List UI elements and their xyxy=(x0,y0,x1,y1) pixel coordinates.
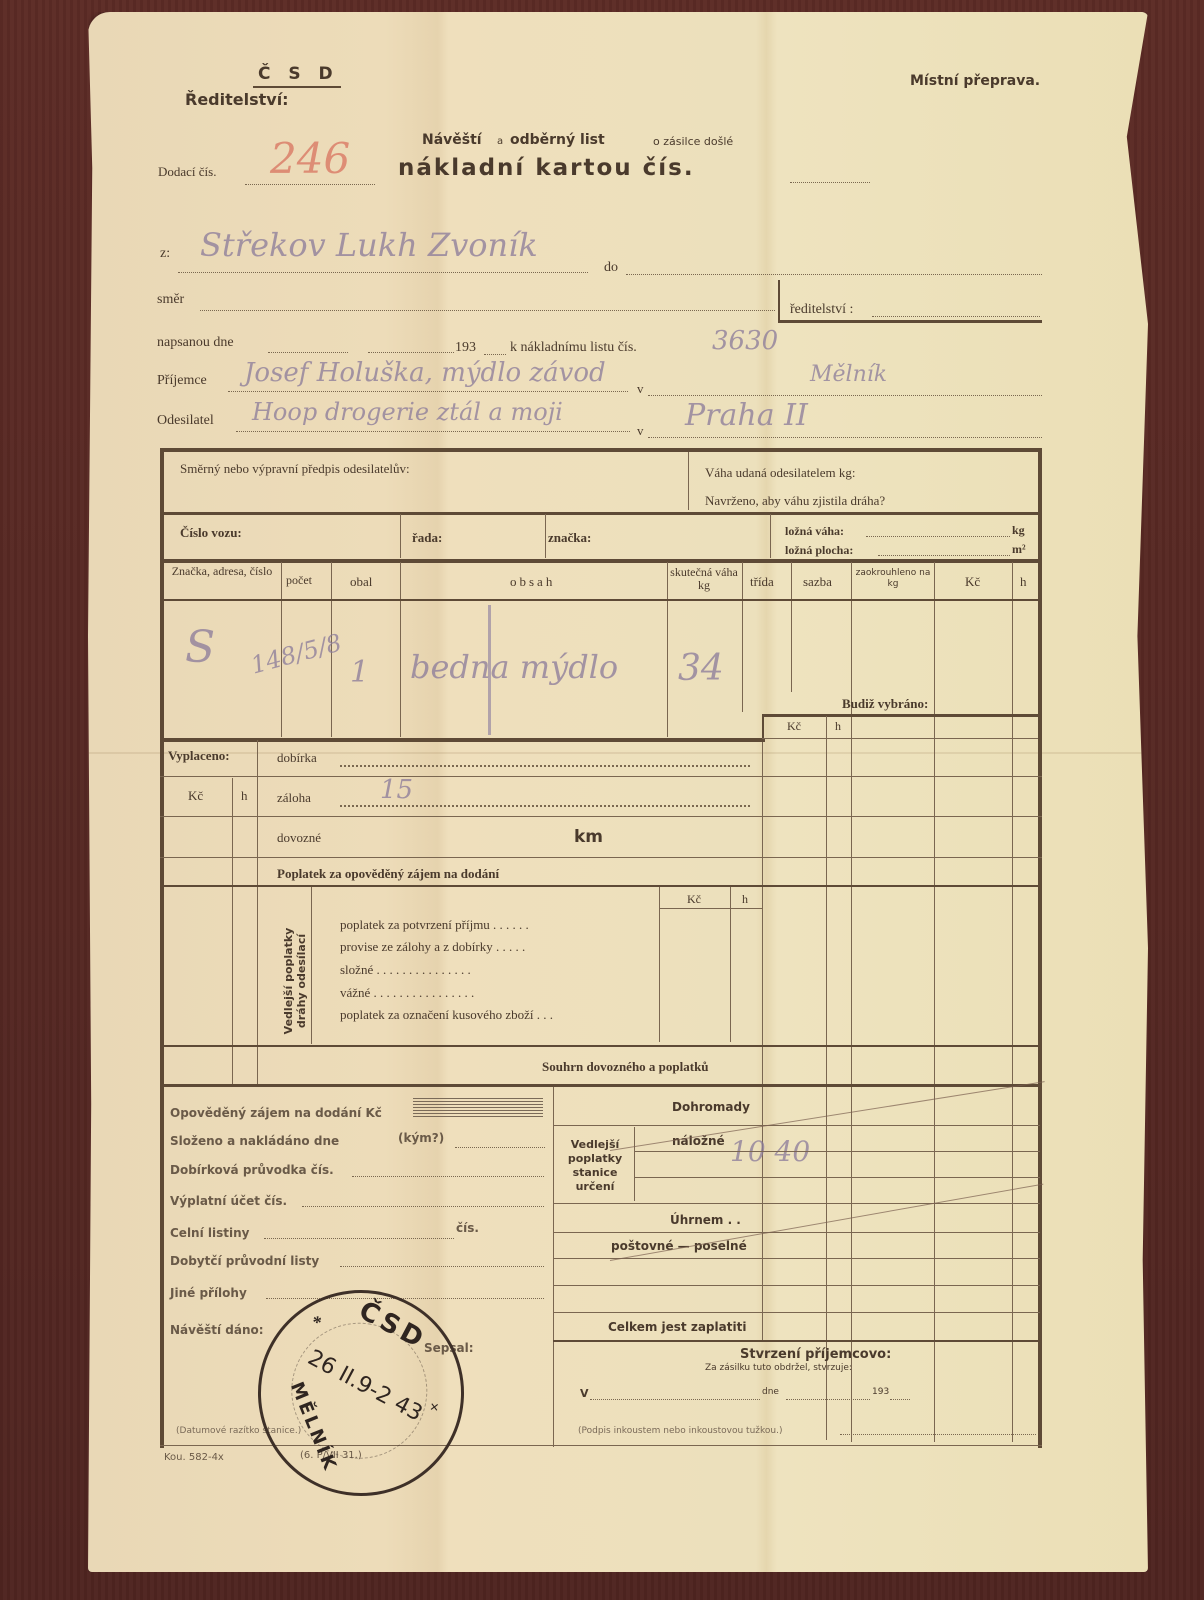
row-line xyxy=(160,1084,1042,1087)
prijemce-v-line xyxy=(648,395,1042,396)
zaloha-hand-value[interactable]: 15 xyxy=(380,775,413,805)
charge-item-4: vážné . . . . . . . . . . . . . . . . xyxy=(340,985,474,1001)
box-right-border xyxy=(1038,448,1042,1448)
vedlejsi-vertical-label: Vedlejší poplatky dráhy odesílací xyxy=(282,916,308,1046)
stvrzeni-year: 193 xyxy=(872,1387,889,1397)
dobirkova-line xyxy=(352,1176,544,1177)
vedlejsi-label: Vedlejší poplatky stanice určení xyxy=(560,1138,630,1194)
box-top-border xyxy=(160,448,1042,452)
box-left-border xyxy=(160,448,164,1448)
navesti-label: Návěští dáno: xyxy=(170,1323,264,1337)
predpis-divider xyxy=(688,452,689,510)
celni-label: Celní listiny xyxy=(170,1226,249,1240)
dohromady-label: Dohromady xyxy=(672,1100,750,1114)
odesilatel-label: Odesilatel xyxy=(157,413,214,429)
celni-line xyxy=(264,1238,454,1239)
reditelstvi-line xyxy=(872,316,1040,317)
podpis-line xyxy=(840,1434,1036,1435)
vyplaceno-h: h xyxy=(241,788,248,804)
header-vaha: skutečná váha kg xyxy=(668,566,740,592)
subtitle-navesti: Návěští xyxy=(422,132,482,148)
budiz-box-top xyxy=(762,714,1038,717)
row-line xyxy=(553,1285,1040,1286)
row-line xyxy=(553,1125,1040,1126)
reditelstvi-box-bottom xyxy=(778,320,1042,323)
navrzeno-label: Navrženo, aby váhu zjistila dráha? xyxy=(705,493,885,509)
stvrzeni-v-line xyxy=(590,1399,760,1400)
lozna-plocha-unit: m² xyxy=(1012,542,1026,557)
col-divider xyxy=(257,740,258,1085)
header-pocet: počet xyxy=(286,573,312,588)
poplatek-zajem-label: Poplatek za opověděný zájem na dodání xyxy=(277,866,499,882)
z-line xyxy=(178,272,588,273)
slozeno-line xyxy=(455,1147,545,1148)
budiz-h: h xyxy=(835,719,841,734)
do-line xyxy=(626,274,1042,275)
celni-cis-label: čís. xyxy=(456,1221,479,1235)
goods-znacka-value[interactable]: S xyxy=(185,622,215,673)
col-divider xyxy=(742,562,743,712)
stvrzeni-year-line xyxy=(890,1399,910,1400)
stvrzeni-label: Stvrzení příjemcovo: xyxy=(740,1347,891,1362)
year-prefix: 193 xyxy=(455,340,476,356)
row-line xyxy=(553,1340,1040,1342)
znacka-label: značka: xyxy=(548,530,591,546)
col-divider xyxy=(934,562,935,1442)
lozna-vaha-line xyxy=(866,536,1010,537)
row-line xyxy=(553,1312,1040,1313)
header-trida: třída xyxy=(750,574,774,590)
postovne-label: poštovné — poselné xyxy=(611,1239,747,1253)
row-line xyxy=(553,1232,1040,1233)
header-zaokrouhleno: zaokrouhleno na kg xyxy=(853,568,933,590)
row-line xyxy=(160,857,1042,858)
header-obsah: obsah xyxy=(510,574,555,590)
row-line xyxy=(160,1045,1042,1047)
vyplaceno-label: Vyplaceno: xyxy=(168,748,230,764)
row-line xyxy=(762,738,1038,739)
railway-name: Č S D xyxy=(258,64,339,84)
header-kc: Kč xyxy=(965,574,980,590)
blue-pencil-mark xyxy=(488,605,491,735)
bottom-split xyxy=(553,1087,554,1447)
napsanou-day-line xyxy=(268,352,348,353)
souhrn-label: Souhrn dovozného a poplatků xyxy=(542,1059,709,1075)
goods-obal-value[interactable]: 1 xyxy=(350,655,369,690)
k-listu-value[interactable]: 3630 xyxy=(712,326,778,356)
col-divider xyxy=(1012,562,1013,1442)
subtitle-odberny: odběrný list xyxy=(510,132,605,148)
row-divider-1 xyxy=(160,512,1042,515)
goods-vaha-value[interactable]: 34 xyxy=(678,648,724,689)
prijemce-value[interactable]: Josef Holuška, mýdlo závod xyxy=(244,358,606,388)
kym-label: (kým?) xyxy=(398,1131,444,1145)
dovozne-label: dovozné xyxy=(277,830,321,846)
side-h-label: h xyxy=(742,892,748,907)
do-label: do xyxy=(604,260,618,276)
header-znacka: Značka, adresa, číslo xyxy=(166,564,278,578)
odesilatel-value[interactable]: Hoop drogerie ztál a moji xyxy=(252,398,563,426)
charge-item-5: poplatek za označení kusového zboží . . … xyxy=(340,1007,553,1023)
budiz-vybrano-label: Budiž vybráno: xyxy=(842,696,928,712)
odesilatel-v-line xyxy=(648,437,1042,438)
odesilatel-v-label: v xyxy=(637,423,644,439)
goods-obsah-value[interactable]: bedna mýdlo xyxy=(410,648,618,686)
local-transport-label: Místní přeprava. xyxy=(910,73,1040,89)
header-h: h xyxy=(1020,574,1027,590)
uhrnem-label: Úhrnem . . xyxy=(670,1213,741,1227)
charge-item-2: provise ze zálohy a z dobírky . . . . . xyxy=(340,939,525,955)
vaha-label: Váha udaná odesilatelem kg: xyxy=(705,465,856,481)
stvrzeni-sub: Za zásilku tuto obdržel, stvrzuje: xyxy=(705,1363,852,1373)
row-divider-2 xyxy=(160,559,1042,563)
col-divider xyxy=(232,778,233,1085)
reditelstvi-box-left xyxy=(778,280,780,322)
col-divider xyxy=(400,562,401,737)
form-code: Kou. 582-4x xyxy=(164,1452,224,1463)
fold-line xyxy=(88,752,1148,754)
delivery-no-label: Dodací čís. xyxy=(158,164,216,180)
charge-item-1: poplatek za potvrzení příjmu . . . . . . xyxy=(340,917,529,933)
reditelstvi-label: ředitelství : xyxy=(790,302,853,318)
row-line xyxy=(160,816,1042,817)
k-listu-label: k nákladnímu listu čís. xyxy=(510,340,637,356)
lozna-vaha-label: ložná váha: xyxy=(785,524,844,539)
stamp-cross: × xyxy=(428,1399,440,1418)
rada-divider xyxy=(545,514,546,558)
z-label: z: xyxy=(160,246,170,262)
row-line xyxy=(160,885,1042,887)
header-bottom-line xyxy=(160,599,1042,601)
cislo-divider xyxy=(400,514,401,558)
row-line xyxy=(553,1203,1040,1204)
celkem-label: Celkem jest zaplatiti xyxy=(608,1320,746,1334)
stamp-star: * xyxy=(311,1312,323,1334)
subtitle-zasilce: o zásilce došlé xyxy=(653,135,733,148)
side-kc-label: Kč xyxy=(687,892,701,907)
stvrzeni-dne-label: dne xyxy=(762,1387,779,1397)
smer-line xyxy=(200,310,775,311)
col-divider xyxy=(730,887,731,1042)
col-divider xyxy=(791,562,792,692)
prijemce-v-label: v xyxy=(637,381,644,397)
predpis-label: Směrný nebo výpravní předpis odesilatelů… xyxy=(180,461,410,477)
smer-label: směr xyxy=(157,292,184,308)
delivery-no-value[interactable]: 246 xyxy=(270,134,350,183)
col-divider xyxy=(634,1127,635,1201)
prijemce-v-value[interactable]: Mělník xyxy=(810,362,887,387)
col-divider xyxy=(826,716,827,1440)
budiz-box-left xyxy=(762,714,764,740)
row-line xyxy=(634,1151,1040,1152)
podpis-label: (Podpis inkoustem nebo inkoustovou tužko… xyxy=(578,1426,782,1436)
odesilatel-v-value[interactable]: Praha II xyxy=(685,398,808,433)
slozeno-label: Složeno a nakládáno dne xyxy=(170,1134,339,1148)
col-divider xyxy=(311,887,312,1044)
directorate-label: Ředitelství: xyxy=(185,90,289,109)
railway-underline xyxy=(253,86,341,88)
dobytci-label: Dobytčí průvodní listy xyxy=(170,1254,319,1268)
znacka-divider xyxy=(770,514,771,558)
lozna-vaha-unit: kg xyxy=(1012,523,1025,538)
z-value[interactable]: Střekov Lukh Zvoník xyxy=(200,226,538,264)
dobirka-line xyxy=(340,765,750,767)
dobirkova-label: Dobírková průvodka čís. xyxy=(170,1163,334,1177)
row-line xyxy=(160,776,1042,777)
napsanou-month-line xyxy=(368,352,454,353)
row-line xyxy=(659,908,762,909)
header-obal: obal xyxy=(350,574,372,590)
km-label: km xyxy=(574,827,603,847)
stvrzeni-dne-line xyxy=(786,1399,870,1400)
vyplaceno-kc: Kč xyxy=(188,788,203,804)
col-divider xyxy=(762,740,763,1085)
opovedeny-hatch xyxy=(413,1098,543,1118)
subtitle-and: a xyxy=(497,136,503,147)
year-line xyxy=(484,354,506,355)
stvrzeni-v-label: V xyxy=(580,1387,589,1400)
cislo-vozu-label: Číslo vozu: xyxy=(180,525,242,541)
zaloha-line xyxy=(340,805,750,807)
opovedeny-label: Opověděný zájem na dodání Kč xyxy=(170,1106,382,1120)
form-title: nákladní kartou čís. xyxy=(398,155,695,181)
rada-label: řada: xyxy=(412,530,442,546)
dobytci-line xyxy=(340,1266,544,1267)
prijemce-line xyxy=(228,391,628,392)
row-line xyxy=(634,1177,1040,1178)
zaloha-label: záloha xyxy=(277,790,311,806)
budiz-kc: Kč xyxy=(787,719,801,734)
charge-item-3: složné . . . . . . . . . . . . . . . xyxy=(340,962,471,978)
delivery-no-line xyxy=(245,184,375,185)
col-divider xyxy=(851,562,852,1442)
col-divider xyxy=(659,887,660,1042)
dobirka-label: dobírka xyxy=(277,750,317,766)
vyplatni-label: Výplatní účet čís. xyxy=(170,1194,287,1208)
jine-label: Jiné přílohy xyxy=(170,1286,247,1300)
prijemce-label: Příjemce xyxy=(157,373,207,389)
napsanou-label: napsanou dne xyxy=(157,335,234,351)
vyplatni-line xyxy=(302,1206,544,1207)
header-sazba: sazba xyxy=(803,574,832,590)
lozna-plocha-label: ložná plocha: xyxy=(785,543,853,558)
odesilatel-line xyxy=(236,431,630,432)
title-number-line xyxy=(790,182,870,183)
lozna-plocha-line xyxy=(878,555,1010,556)
goods-bottom xyxy=(160,738,765,742)
